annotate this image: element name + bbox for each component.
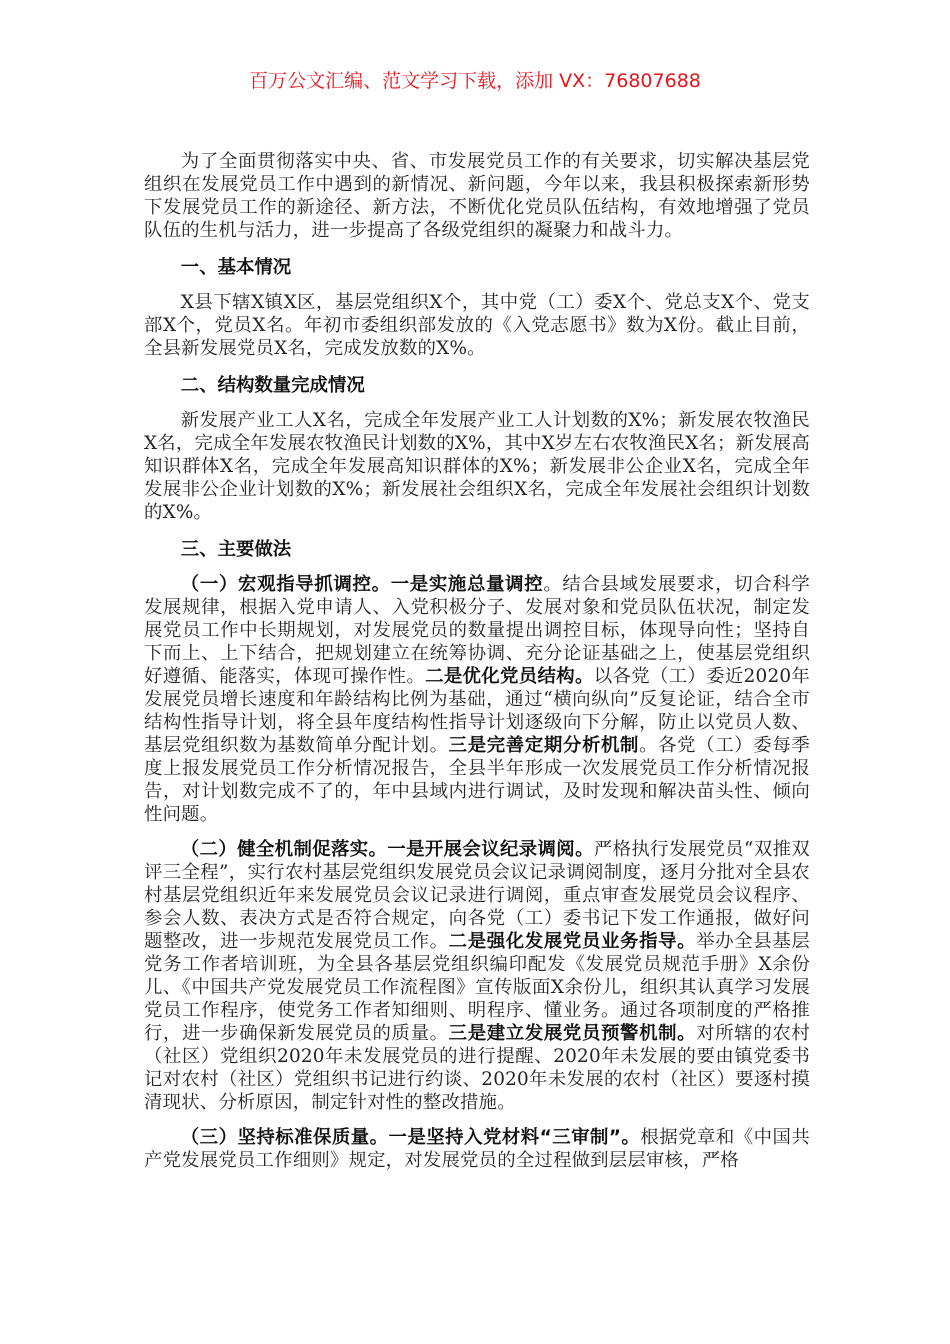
point-title: 一是实施总量调控 (391, 574, 544, 595)
practice-paragraph-3: （三）坚持标准保质量。一是坚持入党材料“三审制”。根据党章和《中国共产党发展党员… (144, 1126, 810, 1172)
point-title: 二是强化发展党员业务指导。 (449, 931, 697, 952)
section-body-structure: 新发展产业工人X名，完成全年发展产业工人计划数的X%；新发展农牧渔民X名，完成全… (144, 409, 810, 524)
practice-title: （二）健全机制促落实。 (181, 839, 388, 860)
point-title: 一是坚持入党材料“三审制”。 (389, 1127, 641, 1148)
section-heading-structure: 二、结构数量完成情况 (144, 374, 810, 397)
point-title: 三是建立发展党员预警机制。 (449, 1023, 697, 1044)
point-title: 三是完善定期分析机制 (449, 735, 639, 756)
header-banner: 百万公文汇编、范文学习下载，添加 VX：76807688 (0, 68, 950, 94)
practice-title: （一）宏观指导抓调控。 (181, 574, 391, 595)
practice-paragraph-1: （一）宏观指导抓调控。一是实施总量调控。结合县域发展要求，切合科学发展规律，根据… (144, 573, 810, 826)
section-body-basic: X县下辖X镇X区，基层党组织X个，其中党（工）委X个、党总支X个、党支部X个，党… (144, 291, 810, 360)
practice-paragraph-2: （二）健全机制促落实。一是开展会议纪录调阅。严格执行发展党员“双推双评三全程”，… (144, 838, 810, 1114)
document-body: 为了全面贯彻落实中央、省、市发展党员工作的有关要求，切实解决基层党组织在发展党员… (144, 150, 810, 1172)
section-heading-practices: 三、主要做法 (144, 538, 810, 561)
intro-paragraph: 为了全面贯彻落实中央、省、市发展党员工作的有关要求，切实解决基层党组织在发展党员… (144, 150, 810, 242)
section-heading-basic: 一、基本情况 (144, 256, 810, 279)
point-title: 二是优化党员结构。 (425, 666, 594, 687)
practice-title: （三）坚持标准保质量。 (181, 1127, 389, 1148)
point-title: 一是开展会议纪录调阅。 (387, 839, 594, 860)
